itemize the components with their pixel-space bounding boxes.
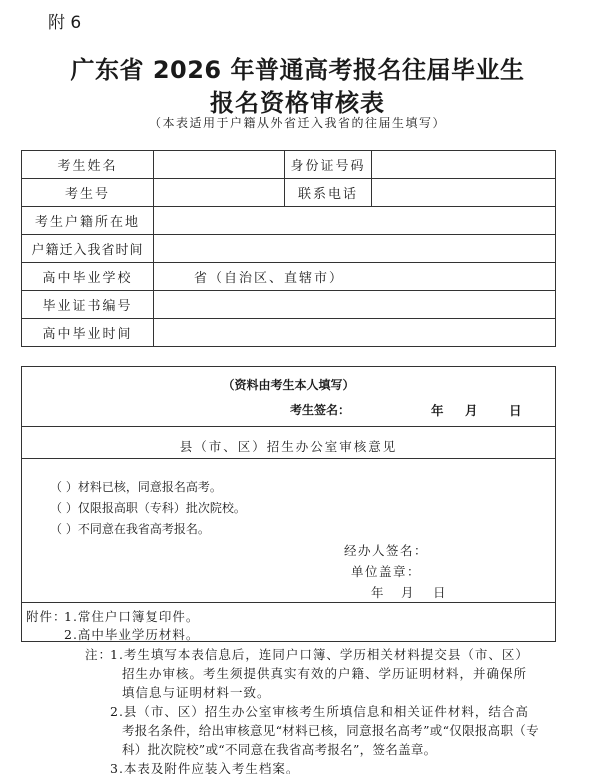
- note-line: 科）批次院校”或“不同意在我省高考报名”，签名盖章。: [122, 740, 436, 758]
- review-year: 年: [371, 583, 384, 601]
- review-option-vocational-only[interactable]: （ ）仅限报高职（专科）批次院校。: [50, 499, 246, 516]
- candidate-info-table: 考生姓名 身份证号码 考生号 联系电话 考生户籍所在地 户籍迁入我省时间 高中毕…: [21, 150, 556, 347]
- exam-number-label: 考生号: [22, 179, 154, 207]
- candidate-fill-note: （资料由考生本人填写）: [22, 376, 555, 393]
- certificate-number-field[interactable]: [154, 291, 556, 319]
- note-line: 招生办审核。考生须提供真实有效的户籍、学历证明材料，并确保所: [122, 664, 527, 682]
- table-row: 考生姓名 身份证号码: [22, 151, 556, 179]
- graduation-time-field[interactable]: [154, 319, 556, 347]
- hukou-move-time-label: 户籍迁入我省时间: [22, 235, 154, 263]
- note-line: 1.考生填写本表信息后，连同户口簿、学历相关材料提交县（市、区）: [110, 645, 529, 663]
- note-line: 考报名条件，给出审核意见“材料已核，同意报名高考”或“仅限报高职（专: [122, 721, 539, 739]
- page-title-line2: 报名资格审核表: [0, 83, 595, 118]
- page-title-line1: 广东省 2026 年普通高考报名往届毕业生: [0, 50, 595, 85]
- table-row: 毕业证书编号: [22, 291, 556, 319]
- hukou-location-field[interactable]: [154, 207, 556, 235]
- attachment-item: 2.高中毕业学历材料。: [64, 625, 199, 643]
- review-header: 县（市、区）招生办公室审核意见: [22, 437, 555, 455]
- certificate-number-label: 毕业证书编号: [22, 291, 154, 319]
- page-subtitle: （本表适用于户籍从外省迁入我省的往届生填写）: [0, 114, 595, 131]
- graduation-time-label: 高中毕业时间: [22, 319, 154, 347]
- review-option-approve[interactable]: （ ）材料已核，同意报名高考。: [50, 478, 222, 495]
- divider: [22, 602, 555, 603]
- review-day: 日: [433, 583, 446, 601]
- attachment-number: 附 6: [48, 8, 81, 33]
- phone-field[interactable]: [372, 179, 556, 207]
- note-line: 3.本表及附件应装入考生档案。: [110, 759, 299, 774]
- school-label: 高中毕业学校: [22, 263, 154, 291]
- name-field[interactable]: [154, 151, 285, 179]
- handler-signature-label[interactable]: 经办人签名：: [344, 541, 428, 559]
- notes-label: 注：: [85, 645, 112, 663]
- id-number-field[interactable]: [372, 151, 556, 179]
- review-box: （资料由考生本人填写） 考生签名： 年 月 日 县（市、区）招生办公室审核意见 …: [21, 366, 556, 642]
- hukou-move-time-field[interactable]: [154, 235, 556, 263]
- note-line: 填信息与证明材料一致。: [122, 683, 271, 701]
- phone-label: 联系电话: [285, 179, 372, 207]
- table-row: 考生号 联系电话: [22, 179, 556, 207]
- divider: [22, 426, 555, 427]
- name-label: 考生姓名: [22, 151, 154, 179]
- candidate-signature-label[interactable]: 考生签名：: [290, 401, 350, 418]
- attachments-label: 附件：: [26, 607, 67, 625]
- id-number-label: 身份证号码: [285, 151, 372, 179]
- hukou-location-label: 考生户籍所在地: [22, 207, 154, 235]
- candidate-year: 年: [431, 401, 444, 419]
- attachment-item: 1.常住户口簿复印件。: [64, 607, 199, 625]
- review-option-reject[interactable]: （ ）不同意在我省高考报名。: [50, 520, 210, 537]
- table-row: 考生户籍所在地: [22, 207, 556, 235]
- review-month: 月: [401, 583, 414, 601]
- exam-number-field[interactable]: [154, 179, 285, 207]
- candidate-day: 日: [509, 401, 522, 419]
- candidate-month: 月: [465, 401, 478, 419]
- unit-seal-label[interactable]: 单位盖章：: [351, 562, 421, 580]
- divider: [22, 458, 555, 459]
- note-line: 2.县（市、区）招生办公室审核考生所填信息和相关证件材料，结合高: [110, 702, 529, 720]
- table-row: 高中毕业时间: [22, 319, 556, 347]
- table-row: 高中毕业学校 省（自治区、直辖市）: [22, 263, 556, 291]
- table-row: 户籍迁入我省时间: [22, 235, 556, 263]
- school-field[interactable]: 省（自治区、直辖市）: [154, 263, 556, 291]
